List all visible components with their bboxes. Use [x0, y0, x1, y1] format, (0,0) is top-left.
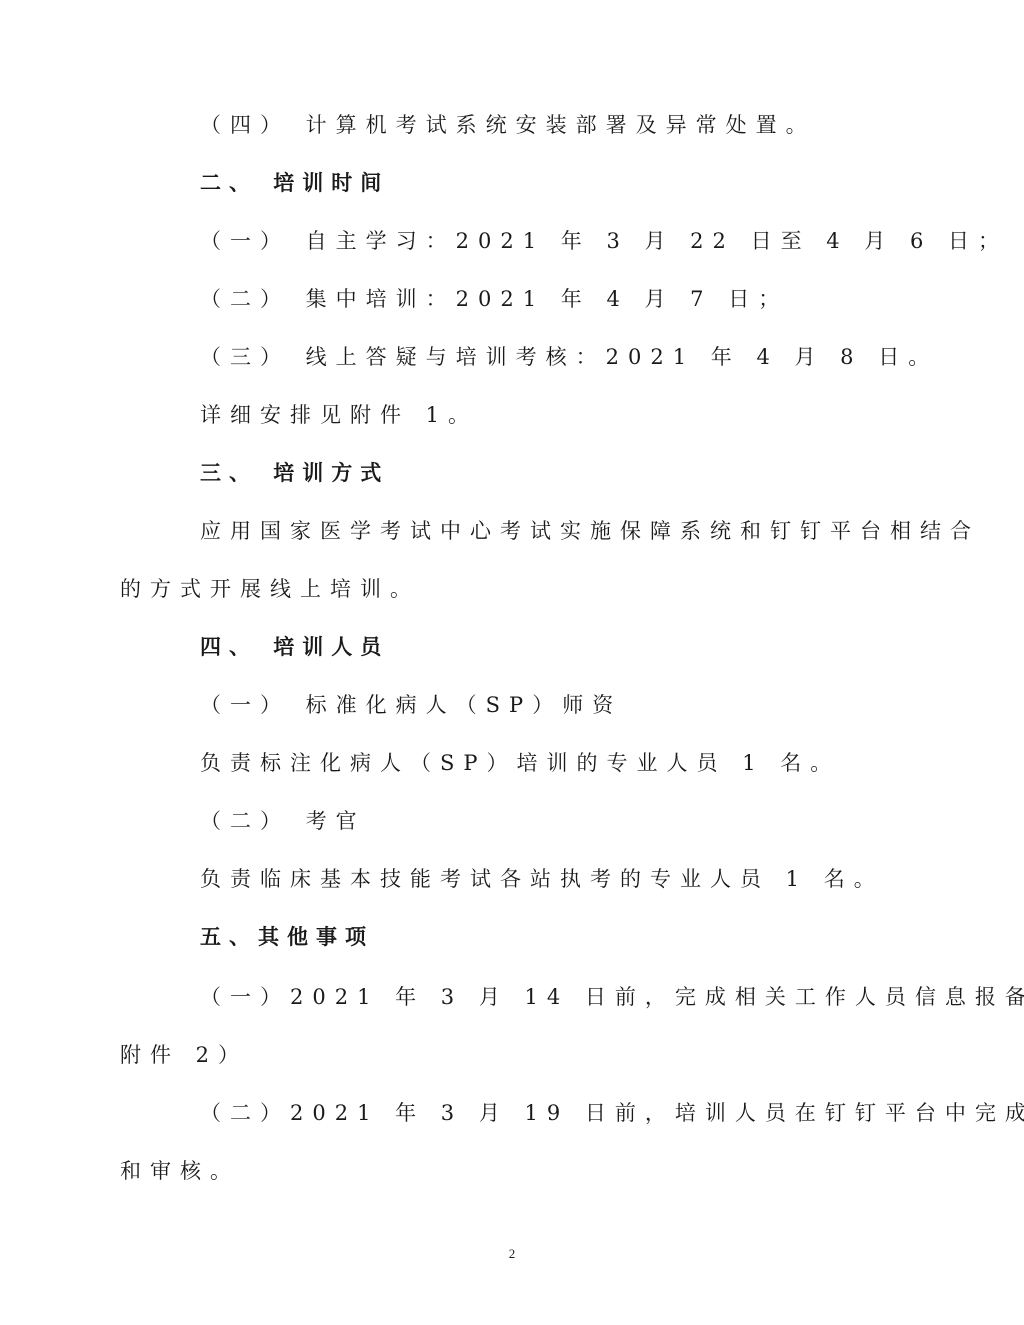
paragraph-method-line-1: 应用国家医学考试中心考试实施保障系统和钉钉平台相结合	[200, 516, 980, 546]
paragraph-other-2-line-2: 和审核。	[120, 1156, 240, 1186]
paragraph-method-line-2: 的方式开展线上培训。	[120, 574, 420, 604]
subitem-computer-exam-system: （四） 计算机考试系统安装部署及异常处置。	[200, 110, 816, 140]
subitem-self-study: （一） 自主学习：2021 年 3 月 22 日至 4 月 6 日；	[200, 226, 1008, 256]
section-heading-other-matters: 五、其他事项	[200, 922, 374, 952]
subitem-sp-faculty: （一） 标准化病人（SP）师资	[200, 690, 622, 720]
paragraph-sp-faculty: 负责标注化病人（SP）培训的专业人员 1 名。	[200, 748, 840, 778]
subitem-examiner: （二） 考官	[200, 806, 366, 836]
section-heading-training-time: 二、 培训时间	[200, 168, 389, 198]
paragraph-examiner: 负责临床基本技能考试各站执考的专业人员 1 名。	[200, 864, 884, 894]
section-heading-trainees: 四、 培训人员	[200, 632, 389, 662]
note-see-attachment-1: 详细安排见附件 1。	[200, 400, 478, 430]
page-number: 2	[0, 1246, 1024, 1262]
paragraph-other-1-line-2: 附件 2）	[120, 1040, 248, 1070]
subitem-centralized-training: （二） 集中培训：2021 年 4 月 7 日；	[200, 284, 788, 314]
section-heading-training-method: 三、 培训方式	[200, 458, 389, 488]
paragraph-other-2-line-1: （二）2021 年 3 月 19 日前，培训人员在钉钉平台中完成注册	[200, 1098, 1024, 1128]
subitem-online-qa-assessment: （三） 线上答疑与培训考核：2021 年 4 月 8 日。	[200, 342, 938, 372]
paragraph-other-1-line-1: （一）2021 年 3 月 14 日前，完成相关工作人员信息报备（见	[200, 982, 1024, 1012]
